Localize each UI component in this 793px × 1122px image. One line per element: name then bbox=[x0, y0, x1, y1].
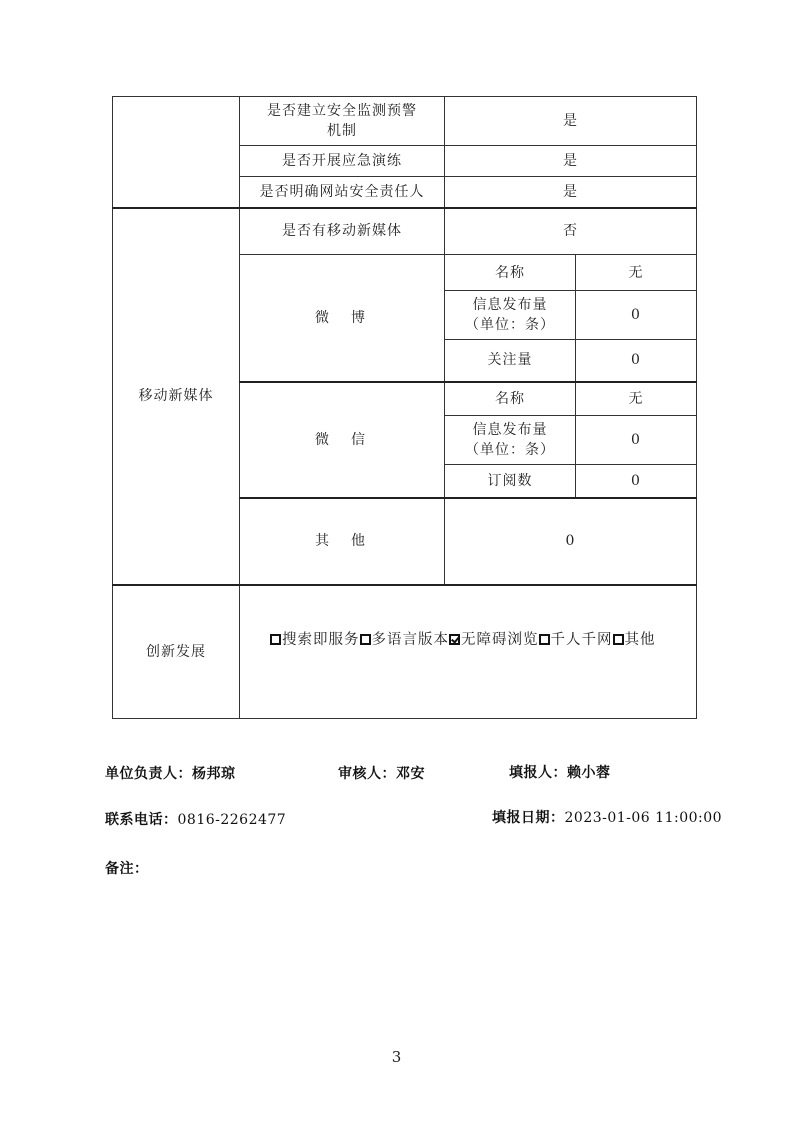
page-number: 3 bbox=[0, 1048, 793, 1066]
report-table: 是否建立安全监测预警机制 是 是否开展应急演练 是 是否明确网站安全责任人 是 … bbox=[112, 96, 697, 719]
checkbox-personalized[interactable] bbox=[539, 634, 550, 645]
option-label: 其他 bbox=[625, 632, 656, 648]
table-row: 创新发展 搜索即服务多语言版本无障碍浏览千人千网其他 bbox=[113, 585, 697, 719]
phone-value: 0816-2262477 bbox=[178, 812, 287, 828]
reviewer: 审核人：邓安 bbox=[338, 763, 425, 783]
label-cell: 是否开展应急演练 bbox=[240, 146, 445, 177]
label-cell: 是否有移动新媒体 bbox=[240, 208, 445, 255]
value-cell: 0 bbox=[576, 340, 697, 382]
label-cell: 名称 bbox=[445, 382, 576, 416]
innovation-options: 搜索即服务多语言版本无障碍浏览千人千网其他 bbox=[240, 585, 697, 719]
label-cell: 信息发布量（单位：条） bbox=[445, 416, 576, 465]
phone: 联系电话：0816-2262477 bbox=[105, 809, 286, 829]
label-text: 是否建立安全监测预警 bbox=[267, 103, 417, 119]
label-text: 信息发布量 bbox=[473, 422, 548, 438]
other-label: 其 他 bbox=[240, 498, 445, 585]
weibo-label: 微 博 bbox=[240, 255, 445, 382]
value-cell: 是 bbox=[445, 146, 697, 177]
fill-date-label: 填报日期： bbox=[492, 810, 565, 826]
checkbox-multilingual[interactable] bbox=[360, 634, 371, 645]
label-cell: 是否建立安全监测预警机制 bbox=[240, 97, 445, 146]
label-cell: 关注量 bbox=[445, 340, 576, 382]
remarks-label: 备注： bbox=[105, 861, 149, 877]
fill-date: 填报日期：2023-01-06 11:00:00 bbox=[492, 807, 722, 827]
innovation-section-label: 创新发展 bbox=[113, 585, 240, 719]
checkbox-search-service[interactable] bbox=[270, 634, 281, 645]
security-section-cell bbox=[113, 97, 240, 208]
reviewer-label: 审核人： bbox=[338, 766, 396, 782]
filler-label: 填报人： bbox=[509, 765, 567, 781]
phone-label: 联系电话： bbox=[105, 812, 178, 828]
checkbox-other[interactable] bbox=[613, 634, 624, 645]
label-text: 信息发布量 bbox=[473, 297, 548, 313]
value-cell: 是 bbox=[445, 97, 697, 146]
table-row: 是否建立安全监测预警机制 是 bbox=[113, 97, 697, 146]
checkbox-accessibility[interactable] bbox=[449, 634, 460, 645]
label-text: （单位：条） bbox=[465, 442, 555, 458]
option-label: 千人千网 bbox=[551, 632, 613, 648]
label-cell: 名称 bbox=[445, 255, 576, 291]
unit-head-label: 单位负责人： bbox=[105, 766, 192, 782]
filler-value: 赖小蓉 bbox=[567, 765, 611, 781]
label-text: 机制 bbox=[327, 123, 357, 139]
reviewer-value: 邓安 bbox=[396, 766, 425, 782]
option-label: 多语言版本 bbox=[372, 632, 450, 648]
value-cell: 0 bbox=[576, 291, 697, 340]
value-cell: 否 bbox=[445, 208, 697, 255]
label-cell: 是否明确网站安全责任人 bbox=[240, 177, 445, 208]
value-cell: 无 bbox=[576, 255, 697, 291]
value-cell: 0 bbox=[576, 416, 697, 465]
value-cell: 0 bbox=[576, 465, 697, 498]
remarks: 备注： bbox=[105, 858, 149, 878]
value-cell: 是 bbox=[445, 177, 697, 208]
unit-head-value: 杨邦琼 bbox=[192, 766, 236, 782]
label-cell: 信息发布量（单位：条） bbox=[445, 291, 576, 340]
mobile-media-section-label: 移动新媒体 bbox=[113, 208, 240, 585]
table-row: 移动新媒体 是否有移动新媒体 否 bbox=[113, 208, 697, 255]
label-text: （单位：条） bbox=[465, 317, 555, 333]
option-label: 搜索即服务 bbox=[282, 632, 360, 648]
wechat-label: 微 信 bbox=[240, 382, 445, 498]
fill-date-value: 2023-01-06 11:00:00 bbox=[565, 810, 723, 826]
filler: 填报人：赖小蓉 bbox=[509, 762, 611, 782]
option-label: 无障碍浏览 bbox=[461, 632, 539, 648]
value-cell: 无 bbox=[576, 382, 697, 416]
unit-head: 单位负责人：杨邦琼 bbox=[105, 763, 236, 783]
label-cell: 订阅数 bbox=[445, 465, 576, 498]
value-cell: 0 bbox=[445, 498, 697, 585]
